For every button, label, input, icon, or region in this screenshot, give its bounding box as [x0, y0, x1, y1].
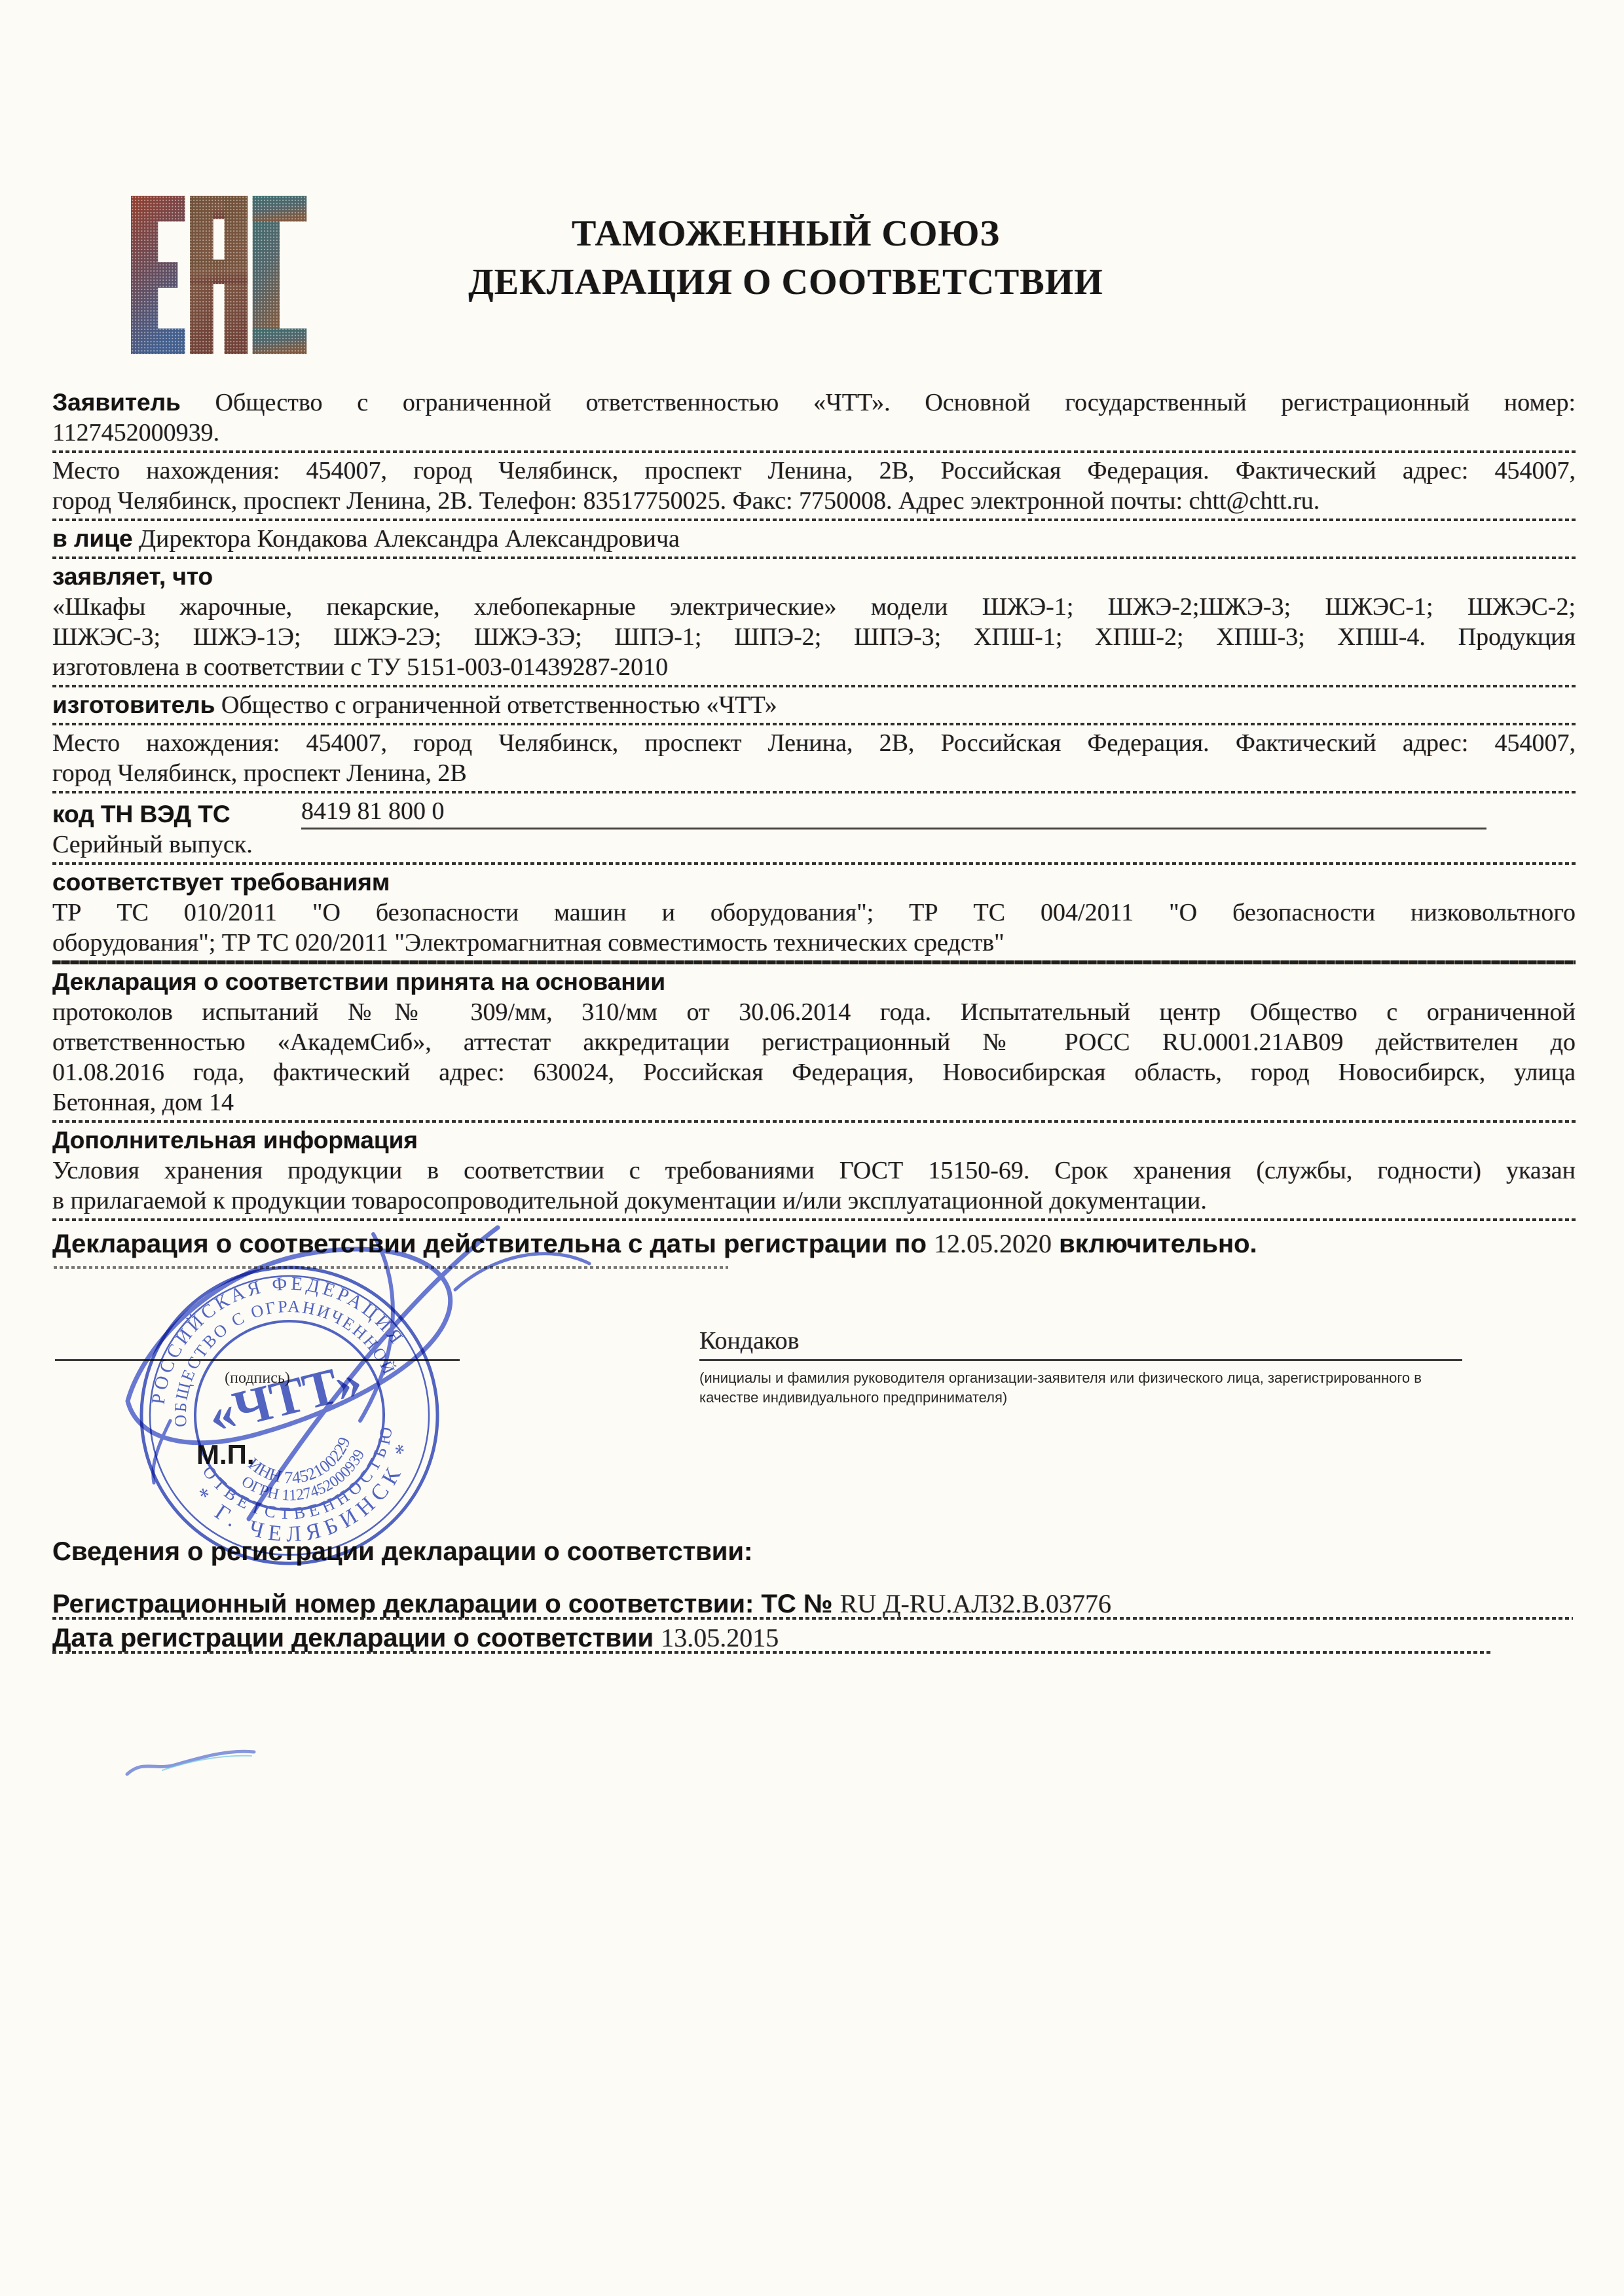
head-name: Кондаков [699, 1326, 799, 1355]
separator-rule [52, 862, 1576, 865]
applicant-address-line: Место нахождения: 454007, город Челябинс… [52, 456, 1576, 486]
registration-number-label: Регистрационный номер декларации о соотв… [52, 1590, 832, 1618]
validity-date: 12.05.2020 [934, 1229, 1052, 1258]
eac-mark-icon [131, 195, 309, 355]
manufacturer-address-line: город Челябинск, проспект Ленина, 2В [52, 758, 1576, 788]
title-line1: ТАМОЖЕННЫЙ СОЮЗ [327, 210, 1244, 258]
signature-ink [92, 1205, 616, 1571]
separator-rule [52, 556, 1576, 559]
manufacturer-row: изготовитель Общество с ограниченной отв… [52, 690, 1576, 720]
registration-number-value: RU Д-RU.АЛ32.В.03776 [840, 1589, 1111, 1618]
separator-rule [52, 685, 1576, 687]
basis-line: протоколов испытаний №№ 309/мм, 310/мм о… [52, 997, 1576, 1027]
separator-rule [52, 723, 1576, 725]
manufacturer-label: изготовитель [52, 691, 215, 718]
document-body: Заявитель Общество с ограниченной ответс… [52, 388, 1576, 1224]
in-person-row: в лице Директора Кондакова Александра Ал… [52, 524, 1576, 554]
product-line: «Шкафы жарочные, пекарские, хлебопекарны… [52, 592, 1576, 622]
registration-date-label: Дата регистрации декларации о соответств… [52, 1624, 654, 1652]
declaration-document: ТАМОЖЕННЫЙ СОЮЗ ДЕКЛАРАЦИЯ О СООТВЕТСТВИ… [0, 0, 1624, 2296]
basis-line: ответственностью «АкадемСиб», аттестат а… [52, 1027, 1576, 1057]
applicant-label: Заявитель [52, 389, 181, 416]
serial-row: Серийный выпуск. [52, 829, 1576, 860]
registration-date-value: 13.05.2015 [661, 1623, 779, 1652]
separator-rule [52, 1617, 1573, 1620]
product-line: ШЖЭС-3; ШЖЭ-1Э; ШЖЭ-2Э; ШЖЭ-3Э; ШПЭ-1; Ш… [52, 622, 1576, 652]
separator-rule [52, 519, 1576, 521]
title-line2: ДЕКЛАРАЦИЯ О СООТВЕТСТВИИ [327, 258, 1244, 306]
separator-rule [52, 1120, 1576, 1123]
name-caption: (инициалы и фамилия руководителя организ… [699, 1368, 1475, 1408]
tnved-value: 8419 81 800 0 [301, 796, 1486, 829]
name-line [699, 1359, 1462, 1361]
requirements-line: оборудования"; ТР ТС 020/2011 "Электрома… [52, 928, 1576, 958]
applicant-row: Заявитель Общество с ограниченной ответс… [52, 388, 1576, 418]
product-line: изготовлена в соответствии с ТУ 5151-003… [52, 652, 1576, 682]
manufacturer-address-line: Место нахождения: 454007, город Челябинс… [52, 728, 1576, 758]
tnved-label: код ТН ВЭД ТС [52, 799, 301, 829]
basis-line: Бетонная, дом 14 [52, 1087, 1576, 1118]
separator-rule [52, 791, 1576, 793]
page-title: ТАМОЖЕННЫЙ СОЮЗ ДЕКЛАРАЦИЯ О СООТВЕТСТВИ… [327, 210, 1244, 306]
basis-line: 01.08.2016 года, фактический адрес: 6300… [52, 1057, 1576, 1087]
separator-rule-heavy [52, 960, 1576, 964]
requirements-line: ТР ТС 010/2011 "О безопасности машин и о… [52, 898, 1576, 928]
registration-number-row: Регистрационный номер декларации о соотв… [52, 1588, 1111, 1619]
in-person-label: в лице [52, 525, 133, 552]
additional-line: Условия хранения продукции в соответстви… [52, 1156, 1576, 1186]
applicant-address-line: город Челябинск, проспект Ленина, 2В. Те… [52, 486, 1576, 516]
additional-label: Дополнительная информация [52, 1125, 1576, 1156]
applicant-ogrn: 1127452000939. [52, 418, 1576, 448]
declares-label: заявляет, что [52, 562, 1576, 592]
manufacturer-text: Общество с ограниченной ответственностью… [221, 691, 777, 719]
requirements-label: соответствует требованиям [52, 867, 1576, 898]
basis-label: Декларация о соответствии принята на осн… [52, 967, 1576, 997]
pen-mark [123, 1741, 261, 1783]
in-person-text: Директора Кондакова Александра Александр… [139, 525, 680, 553]
applicant-text: Общество с ограниченной ответственностью… [215, 389, 1576, 416]
registration-date-row: Дата регистрации декларации о соответств… [52, 1622, 779, 1653]
separator-rule [52, 1651, 1493, 1654]
tnved-row: код ТН ВЭД ТС 8419 81 800 0 [52, 796, 1576, 829]
separator-rule [52, 450, 1576, 453]
validity-suffix: включительно. [1059, 1230, 1257, 1258]
